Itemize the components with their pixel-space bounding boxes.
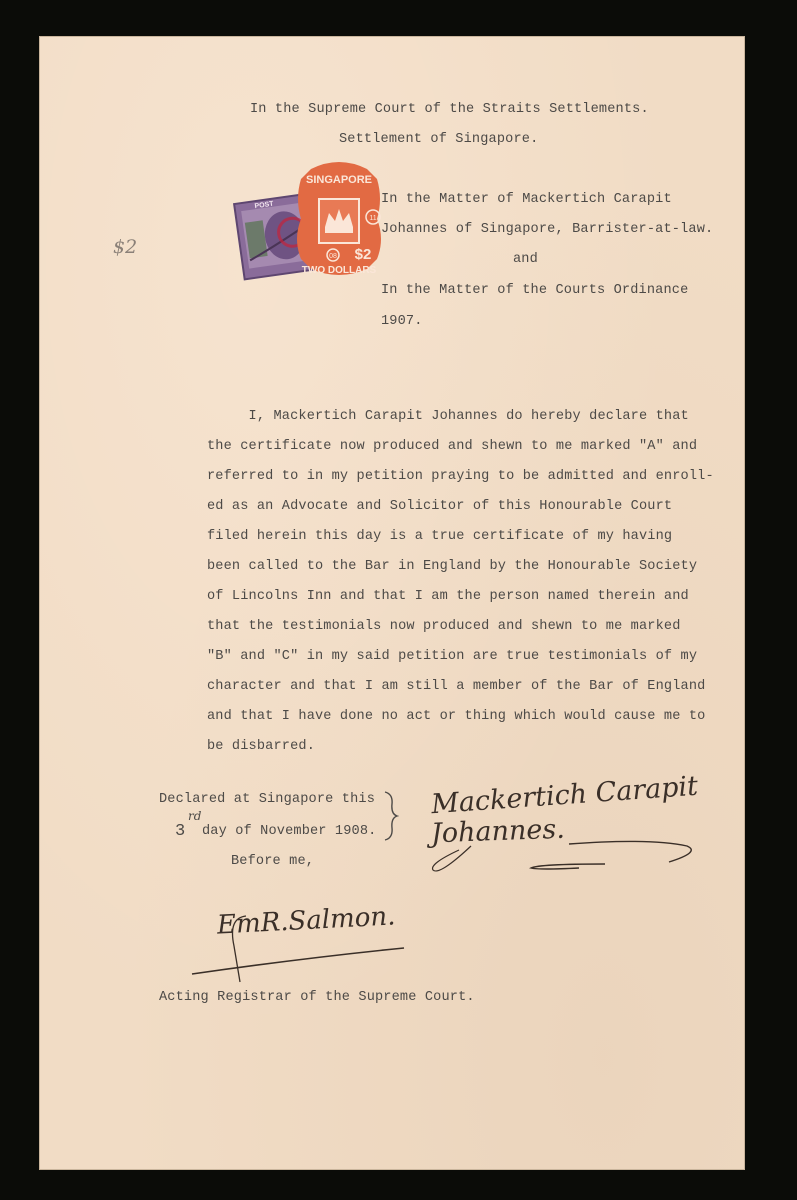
matter-line-2: Johannes of Singapore, Barrister-at-law. (381, 222, 713, 237)
registrar-signature-stroke-icon (184, 906, 424, 986)
svg-text:TWO DOLLARS: TWO DOLLARS (302, 265, 377, 276)
jurat-day-number: 3 (175, 822, 185, 841)
matter-conjunction: and (513, 252, 538, 267)
svg-text:08: 08 (329, 253, 337, 260)
body-line: "B" and "C" in my said petition are true… (207, 642, 697, 672)
red-revenue-stamp: SINGAPORE 11 08 $2 TWO DOLLARS (291, 159, 387, 279)
jurat-line-2: day of November 1908. (202, 824, 376, 839)
body-line: that the testimonials now produced and s… (207, 612, 681, 642)
matter-line-4: 1907. (381, 314, 423, 329)
registrar-title: Acting Registrar of the Supreme Court. (159, 990, 475, 1005)
body-line: the certificate now produced and shewn t… (207, 432, 697, 462)
body-line: referred to in my petition praying to be… (207, 462, 714, 492)
matter-line-1: In the Matter of Mackertich Carapit (381, 192, 672, 207)
jurat-line-1: Declared at Singapore this (159, 792, 375, 807)
declarant-signature-line-1: Mackertich Carapit (430, 771, 699, 821)
body-line: and that I have done no act or thing whi… (207, 702, 705, 732)
body-line: of Lincolns Inn and that I am the person… (207, 582, 689, 612)
svg-text:SINGAPORE: SINGAPORE (306, 174, 372, 186)
body-line: I, Mackertich Carapit Johannes do hereby… (207, 402, 689, 432)
body-line: be disbarred. (207, 732, 315, 762)
jurat-brace-icon (383, 790, 399, 842)
body-line: character and that I am still a member o… (207, 672, 705, 702)
svg-text:11: 11 (369, 215, 376, 222)
crown-stamp-icon: SINGAPORE 11 08 $2 TWO DOLLARS (291, 159, 387, 279)
court-heading: In the Supreme Court of the Straits Sett… (250, 102, 649, 117)
svg-text:$2: $2 (355, 246, 372, 263)
settlement-heading: Settlement of Singapore. (339, 132, 538, 147)
body-line: been called to the Bar in England by the… (207, 552, 697, 582)
jurat-day-suffix: rd (188, 809, 201, 823)
body-line: ed as an Advocate and Solicitor of this … (207, 492, 672, 522)
margin-note: $2 (113, 236, 137, 258)
signature-flourish-icon (419, 816, 719, 886)
matter-line-3: In the Matter of the Courts Ordinance (381, 283, 688, 298)
declaration-body: I, Mackertich Carapit Johannes do hereby… (207, 402, 240, 825)
before-me-label: Before me, (231, 854, 314, 869)
document-page: In the Supreme Court of the Straits Sett… (39, 36, 745, 1170)
body-line: filed herein this day is a true certific… (207, 522, 672, 552)
